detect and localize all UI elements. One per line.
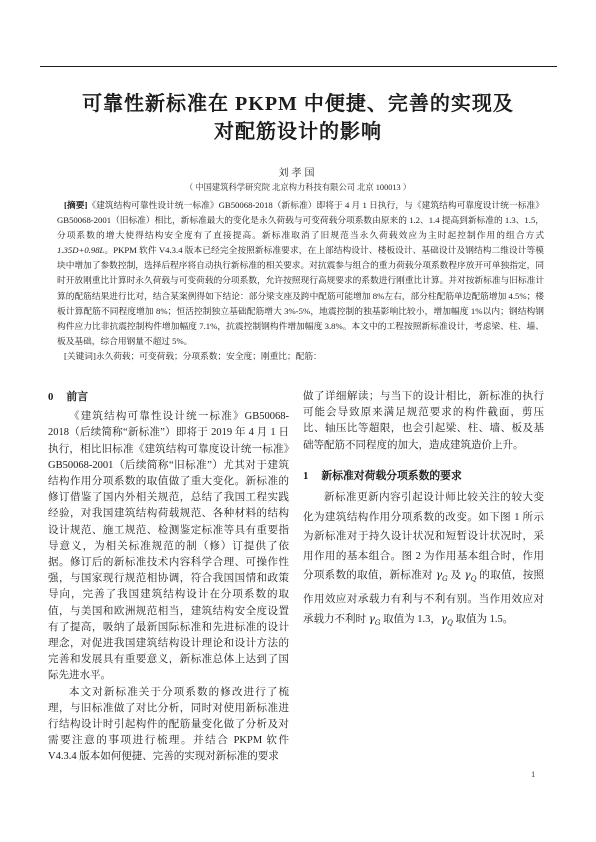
left-column: 0前言 《建筑结构可靠性设计统一标准》GB50068-2018（后续简称“新标准… [48, 389, 289, 766]
header-rule [40, 66, 557, 67]
keywords-line: [关键词]永久荷载；可变荷载；分项系数；安全度；刚重比；配筋： [57, 349, 544, 364]
section-0-title: 前言 [66, 391, 88, 403]
abstract-block: [摘要]《建筑结构可靠性设计统一标准》GB50068-2018（新标准）即将于 … [57, 198, 544, 364]
abstract-text-2: 。PKPM 软件 V4.3.4 版本已经完全按照新标准要求，在上部结构设计、楼板… [57, 245, 544, 346]
author-name: 刘孝国 [0, 164, 596, 179]
section-1-text-2: 及 [448, 570, 465, 581]
gamma-G-symbol: γG [436, 569, 448, 581]
section-1-paragraph: 新标准更新内容引起设计师比较关注的较大变化为建筑结构作用分项系数的改变。如下图 … [303, 488, 544, 633]
section-1-title: 新标准对荷载分项系数的要求 [321, 470, 461, 482]
section-1-text-4: 取值为 1.3， [381, 614, 441, 625]
gamma-G-symbol-2: γG [369, 613, 381, 625]
body-columns: 0前言 《建筑结构可靠性设计统一标准》GB50068-2018（后续简称“新标准… [48, 389, 545, 766]
section-1-text-1: 新标准更新内容引起设计师比较关注的较大变化为建筑结构作用分项系数的改变。如下图 … [303, 492, 544, 581]
section-0-heading: 0前言 [48, 389, 289, 405]
intro-paragraph-2: 本文对新标准关于分项系数的修改进行了梳理，与旧标准做了对比分析，同时对使用新标准… [48, 685, 289, 766]
load-combination-formula: 1.35D+0.98L [57, 245, 104, 255]
gamma-Q-symbol: γQ [464, 569, 476, 581]
paper-title-line1: 可靠性新标准在 PKPM 中便捷、完善的实现及 [28, 90, 568, 118]
section-1-number: 1 [303, 470, 308, 482]
paper-title-line2: 对配筋设计的影响 [28, 118, 568, 146]
abstract-text-1: 《建筑结构可靠性设计统一标准》GB50068-2018（新标准）即将于 4 月 … [57, 200, 544, 240]
keywords-text: 永久荷载；可变荷载；分项系数；安全度；刚重比；配筋： [96, 351, 322, 361]
intro-paragraph-1: 《建筑结构可靠性设计统一标准》GB50068-2018（后续简称“新标准”）即将… [48, 409, 289, 684]
gamma-Q-symbol-2: γQ [441, 613, 453, 625]
keywords-label: [关键词] [64, 351, 96, 361]
right-column: 做了详细解读；与当下的设计相比，新标准的执行可能会导致原来满足规范要求的构件截面… [303, 389, 544, 766]
abstract-paragraph: [摘要]《建筑结构可靠性设计统一标准》GB50068-2018（新标准）即将于 … [57, 198, 544, 349]
paper-page: 可靠性新标准在 PKPM 中便捷、完善的实现及 对配筋设计的影响 刘孝国 （ 中… [0, 0, 596, 842]
paper-title: 可靠性新标准在 PKPM 中便捷、完善的实现及 对配筋设计的影响 [28, 90, 568, 146]
page-number: 1 [531, 769, 535, 779]
section-0-number: 0 [48, 391, 53, 403]
section-1-text-5: 取值为 1.5。 [453, 614, 513, 625]
abstract-label: [摘要] [64, 200, 87, 210]
author-affiliation: （ 中国建筑科学研究院 北京构力科技有限公司 北京 100013 ） [0, 181, 596, 193]
section-1-heading: 1新标准对荷载分项系数的要求 [303, 468, 544, 484]
intro-paragraph-2-continued: 做了详细解读；与当下的设计相比，新标准的执行可能会导致原来满足规范要求的构件截面… [303, 389, 544, 454]
